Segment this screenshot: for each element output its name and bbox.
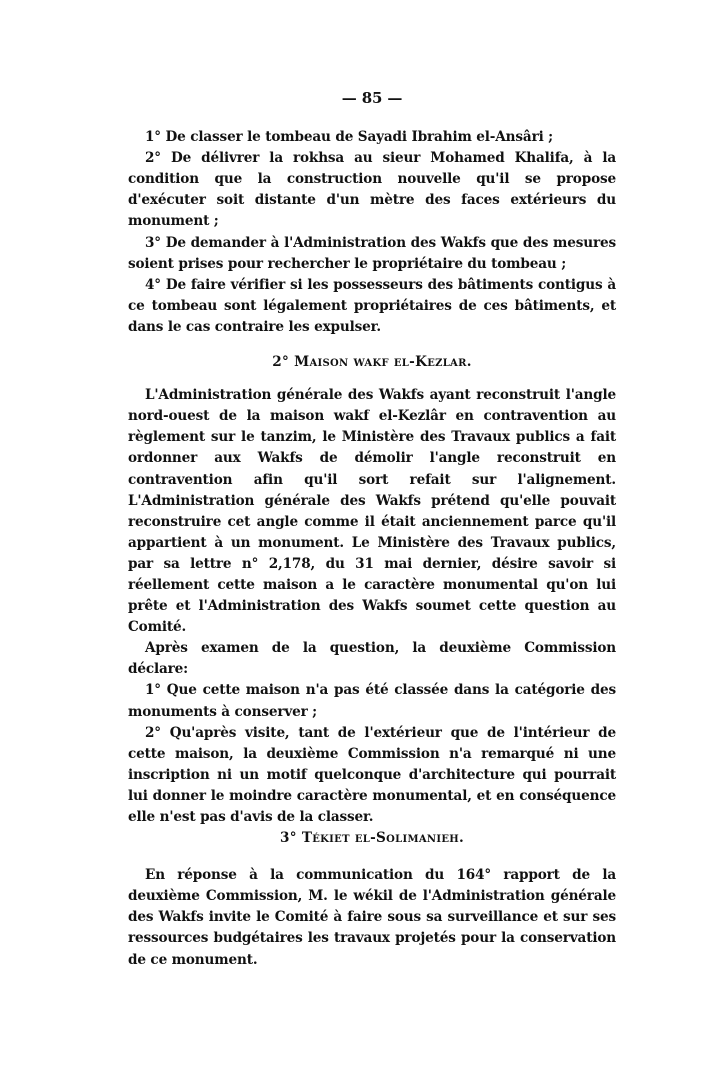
- list-item: 1° De classer le tombeau de Sayadi Ibrah…: [128, 127, 616, 148]
- list-item: 1° Que cette maison n'a pas été classée …: [128, 680, 616, 722]
- page-number: — 85 —: [128, 88, 616, 109]
- paragraph: Après examen de la question, la deuxième…: [128, 638, 616, 680]
- paragraph: En réponse à la communication du 164° ra…: [128, 865, 616, 970]
- list-item: 3° De demander à l'Administration des Wa…: [128, 233, 616, 275]
- list-item: 2° Qu'après visite, tant de l'extérieur …: [128, 723, 616, 828]
- list-item: 2° De délivrer la rokhsa au sieur Mohame…: [128, 148, 616, 232]
- section-heading: 2° Maison wakf el-Kezlar.: [128, 352, 616, 373]
- list-item: 4° De faire vérifier si les possesseurs …: [128, 275, 616, 338]
- section-heading: 3° Tékiet el-Solimanieh.: [128, 828, 616, 849]
- document-page: — 85 — 1° De classer le tombeau de Sayad…: [128, 88, 616, 971]
- paragraph: L'Administration générale des Wakfs ayan…: [128, 385, 616, 638]
